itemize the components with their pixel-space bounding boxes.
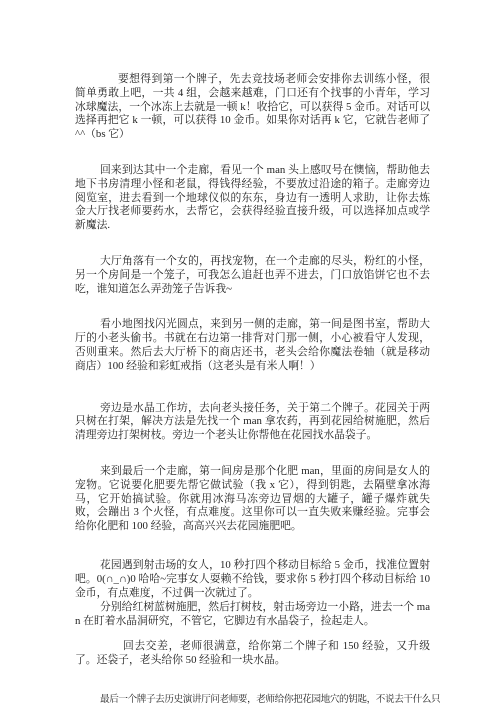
paragraph-3: 大厅角落有一个女的，再找宠物，在一个走廊的尽头，粉红的小怪，另一个房间是一个笼子… (75, 255, 430, 296)
screenshot-root: { "page": { "background": "#ffffff", "te… (0, 0, 500, 707)
paragraph-6: 来到最后一个走廊，第一间房是那个化肥 man，里面的房间是女人的宠物。它说要化肥… (75, 465, 430, 534)
paragraph-2: 回来到达其中一个走廊，看见一个 man 头上感叹号在懊恼，帮助他去地下书房清理小… (75, 164, 430, 233)
paragraph-1: 要想得到第一个牌子，先去竞技场老师会安排你去训练小怪，很简单勇敢上吧，一共 4 … (75, 73, 430, 142)
paragraph-8: 分别给红树蓝树施肥，然后打树枝，射击场旁边一小路，进去一个 man 在盯着水晶洞… (75, 601, 430, 629)
paragraph-4: 看小地图找闪光圆点，来到另一侧的走廊，第一间是图书室，帮助大厅的小老头偷书。书就… (75, 318, 430, 373)
paragraph-5: 旁边是水晶工作坊，去向老头接任务，关于第二个牌子。花园关于两只树在打架，解决方法… (75, 402, 430, 443)
paragraph-7: 花园遇到射击场的女人，10 秒打四个移动目标给 5 金币，找准位置射吧。0(∩_… (75, 559, 430, 600)
paragraph-10: 最后一个牌子去历史演讲厅问老师要，老师给你把花园地穴的钥匙，不说去干什么只 (75, 693, 430, 707)
document-page: 要想得到第一个牌子，先去竞技场老师会安排你去训练小怪，很简单勇敢上吧，一共 4 … (0, 0, 500, 707)
paragraph-9: 回去交差，老师很满意，给你第二个牌子和 150 经验，又升级了。还袋子，老头给你… (75, 640, 430, 668)
